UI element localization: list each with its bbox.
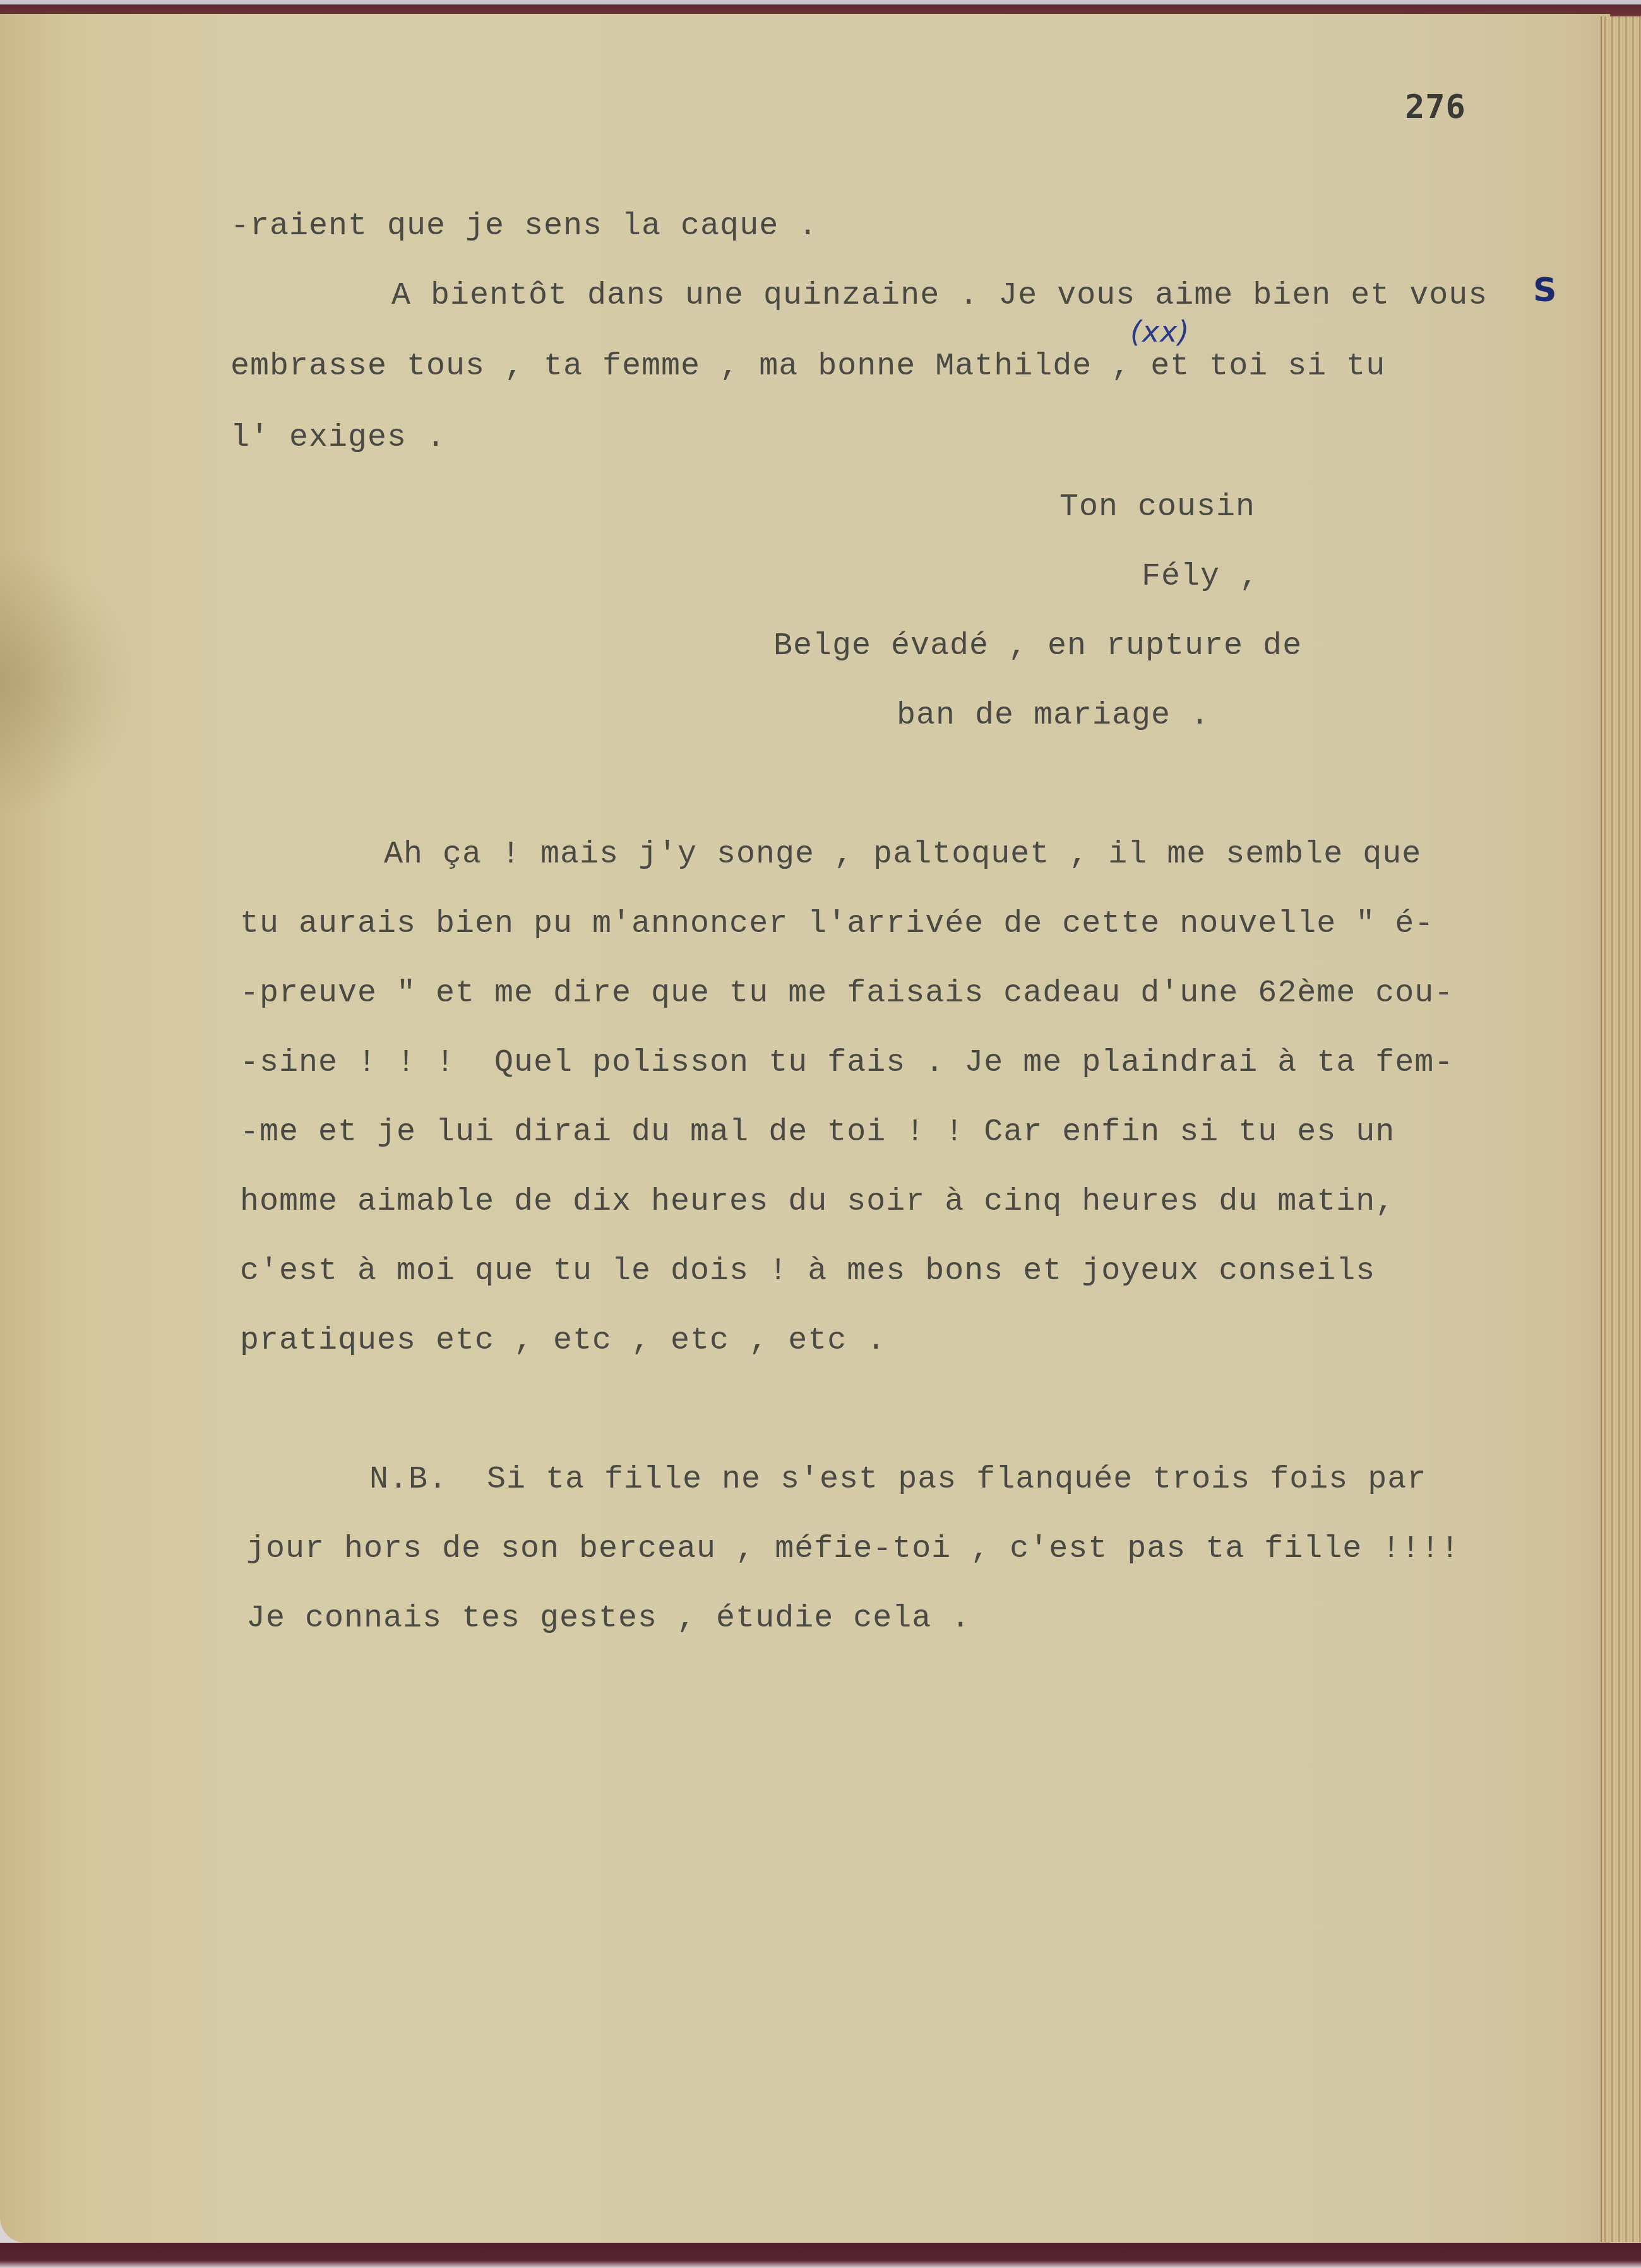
postscript-line: Je connais tes gestes , étudie cela . — [246, 1601, 970, 1637]
text-line: c'est à moi que tu le dois ! à mes bons … — [240, 1253, 1375, 1289]
book-binding-bottom — [0, 2243, 1641, 2268]
margin-correction: S — [1533, 272, 1557, 309]
page-text: 276 -raient que je sens la caque . A bie… — [0, 0, 1610, 2229]
text-line: l' exiges . — [230, 420, 446, 456]
signature-title: ban de mariage . — [897, 698, 1210, 734]
postscript-line: N.B. Si ta fille ne s'est pas flanquée t… — [369, 1462, 1426, 1498]
handwritten-annotation: (xx) — [1130, 314, 1190, 349]
text-line: embrasse tous , ta femme , ma bonne Math… — [230, 349, 1385, 385]
text-line: -raient que je sens la caque . — [230, 208, 818, 244]
signature-closing: Ton cousin — [1059, 489, 1255, 525]
signature-title: Belge évadé , en rupture de — [773, 628, 1302, 664]
signature-name: Fély , — [1142, 559, 1259, 595]
text-line: pratiques etc , etc , etc , etc . — [240, 1323, 886, 1359]
text-line: -sine ! ! ! Quel polisson tu fais . Je m… — [240, 1045, 1453, 1081]
text-line: Ah ça ! mais j'y songe , paltoquet , il … — [384, 837, 1421, 873]
postscript-line: jour hors de son berceau , méfie-toi , c… — [246, 1531, 1460, 1567]
text-line: -me et je lui dirai du mal de toi ! ! Ca… — [240, 1114, 1395, 1150]
text-line: -preuve " et me dire que tu me faisais c… — [240, 976, 1453, 1012]
text-line: tu aurais bien pu m'annoncer l'arrivée d… — [240, 906, 1434, 942]
text-line: homme aimable de dix heures du soir à ci… — [240, 1184, 1395, 1220]
text-line: A bientôt dans une quinzaine . Je vous a… — [391, 278, 1488, 314]
page-number: 276 — [1405, 88, 1466, 126]
